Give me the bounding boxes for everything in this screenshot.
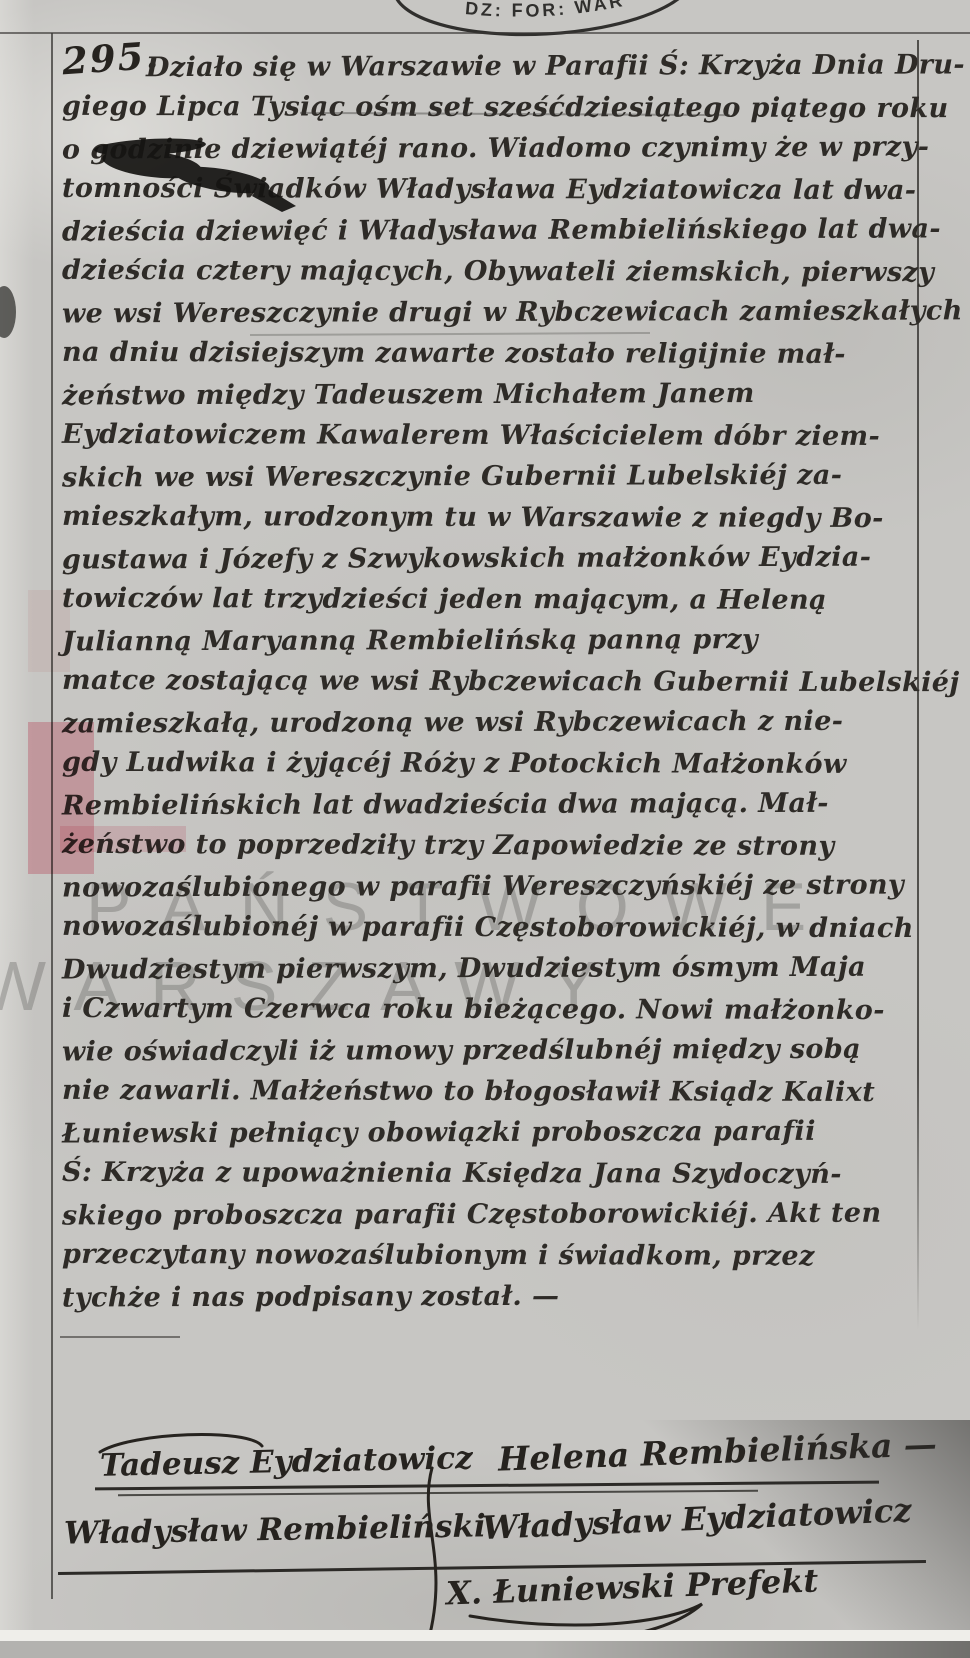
manuscript-line: zamieszkałą, urodzoną we wsi Rybczewicac… [62, 701, 914, 745]
manuscript-line: przeczytany nowozaślubionym i świadkom, … [62, 1234, 914, 1277]
manuscript-line: Eydziatowiczem Kawalerem Właścicielem dó… [62, 414, 914, 457]
manuscript-line: Rembielińskich lat dwadzieścia dwa mając… [62, 783, 914, 827]
manuscript-body: Działo się w Warszawie w Parafii Ś: Krzy… [62, 46, 914, 1317]
manuscript-line: żeństwo to poprzedziły trzy Zapowiedzie … [62, 824, 914, 867]
manuscript-line: nie zawarli. Małżeństwo to błogosławił K… [62, 1070, 914, 1113]
signature-witness-1: Władysław Rembieliński [64, 1508, 486, 1551]
manuscript-line: tomności Świadków Władysława Eydziatowic… [62, 168, 914, 211]
manuscript-line: dzieścia cztery mających, Obywateli ziem… [62, 250, 914, 293]
manuscript-line: towiczów lat trzydzieści jeden mającym, … [62, 578, 914, 621]
manuscript-line: skich we wsi Wereszczynie Gubernii Lubel… [62, 455, 914, 499]
signature-officiant: X. Łuniewski Prefekt [445, 1562, 818, 1613]
page-bottom-edge [0, 1630, 970, 1641]
stamp-text: DZ: FOR: WAR [463, 0, 627, 24]
manuscript-line: żeństwo między Tadeuszem Michałem Janem [62, 373, 914, 417]
manuscript-line: Łuniewski pełniący obowiązki proboszcza … [62, 1111, 914, 1155]
signature-witness-2: Władysław Eydziatowicz [481, 1491, 912, 1547]
manuscript-line: dzieścia dziewięć i Władysława Rembieliń… [62, 209, 914, 253]
signature-underline [118, 1490, 758, 1496]
left-margin-rule [51, 33, 53, 1599]
manuscript-line: skiego proboszcza parafii Częstoborowick… [62, 1193, 914, 1237]
manuscript-line: gdy Ludwika i żyjącéj Róży z Potockich M… [62, 742, 914, 785]
manuscript-line: Dwudziestym pierwszym, Dwudziestym ósmym… [62, 947, 914, 991]
signature-underline [95, 1481, 879, 1491]
manuscript-line: i Czwartym Czerwca roku bieżącego. Nowi … [62, 988, 914, 1031]
manuscript-line: tychże i nas podpisany został. — [62, 1275, 914, 1319]
manuscript-line: mieszkałym, urodzonym tu w Warszawie z n… [62, 496, 914, 539]
stamp-text-wrap: DZ: FOR: WAR [463, 0, 627, 24]
manuscript-line: o godzinie dziewiątéj rano. Wiadomo czyn… [62, 127, 914, 171]
manuscript-line: nowozaślubionéj w parafii Częstoborowick… [62, 906, 914, 949]
edge-smudge [0, 286, 16, 338]
manuscript-line: nowozaślubionego w parafii Wereszczyński… [62, 865, 914, 909]
manuscript-line: matce zostającą we wsi Rybczewicach Gube… [62, 660, 914, 703]
manuscript-line: Ś: Krzyża z upoważnienia Księdza Jana Sz… [62, 1152, 914, 1195]
manuscript-line: wie oświadczyli iż umowy przedślubnéj mi… [62, 1029, 914, 1073]
manuscript-line: gustawa i Józefy z Szwykowskich małżonkó… [62, 537, 914, 581]
archive-stamp: DZ: FOR: WAR [385, 0, 705, 44]
stray-dash-mark [60, 1336, 180, 1338]
signature-groom: Tadeusz Eydziatowicz [100, 1440, 473, 1484]
manuscript-line: na dniu dzisiejszym zawarte zostało reli… [62, 332, 914, 375]
scanned-marriage-record-page: DZ: FOR: WAR PAŃSTWOWE WARSZAWY 295. Dzi… [0, 0, 970, 1658]
scanner-background-strip [0, 1641, 970, 1658]
signature-bride: Helena Rembielińska — [497, 1424, 937, 1478]
manuscript-line: giego Lipca Tysiąc ośm set sześćdziesiąt… [62, 86, 914, 129]
manuscript-line: Działo się w Warszawie w Parafii Ś: Krzy… [62, 45, 914, 89]
manuscript-line: we wsi Wereszczynie drugi w Rybczewicach… [62, 291, 914, 335]
manuscript-line: Julianną Maryanną Rembielińską panną prz… [62, 619, 914, 663]
